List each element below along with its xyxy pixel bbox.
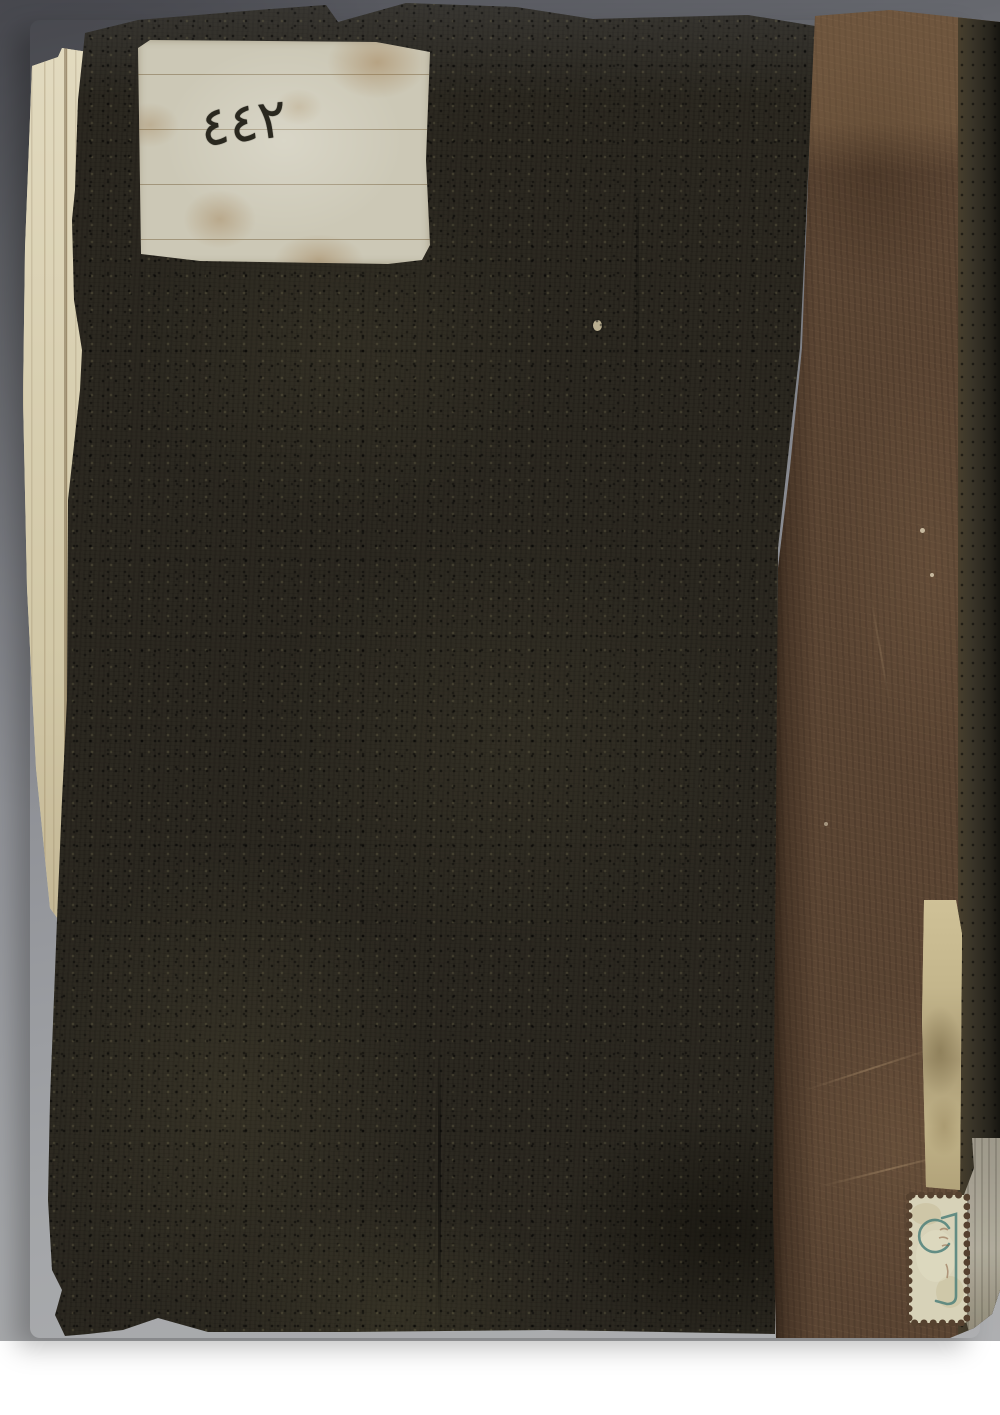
cover-crease — [438, 1042, 441, 1334]
shelfmark-number: ٤٤٢ — [197, 91, 290, 155]
shelfmark-label: ٤٤٢ — [138, 40, 430, 264]
spine-speck — [920, 528, 925, 533]
library-stamp — [906, 1192, 970, 1326]
scanned-book-cover-photo: ٤٤٢ — [0, 0, 1000, 1415]
spine-speck — [930, 573, 934, 577]
spine-speck — [824, 822, 828, 826]
cover-crease — [636, 162, 639, 382]
spine-paper-strip — [922, 900, 962, 1190]
paper-fleck — [593, 320, 602, 331]
